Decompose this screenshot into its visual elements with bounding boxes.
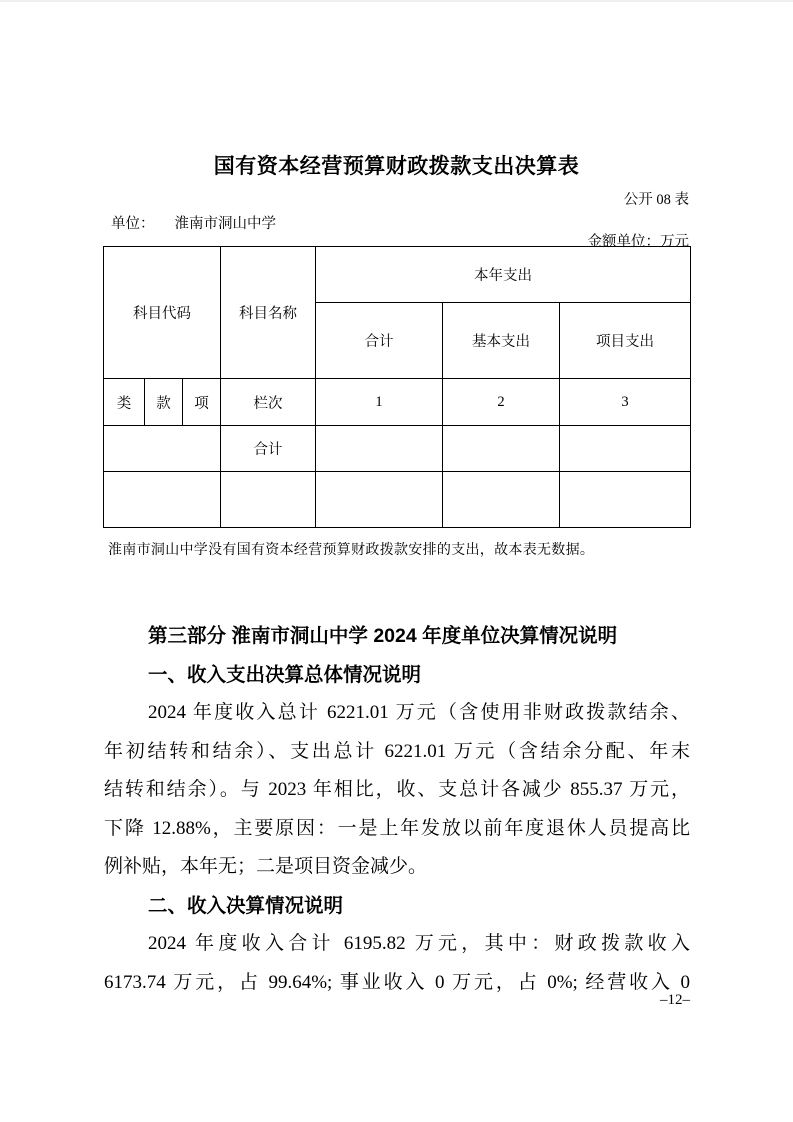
table-row: 合计	[104, 426, 691, 472]
stub-section: 款	[145, 379, 183, 426]
section2-title: 二、收入决算情况说明	[104, 887, 690, 926]
paragraph-line: 6173.74 万元，占 99.64%; 事业收入 0 万元，占 0%; 经营收…	[104, 964, 690, 1003]
paragraph-line: 例补贴，本年无；二是项目资金减少。	[104, 848, 690, 887]
cell-code-empty	[104, 426, 221, 472]
budget-table-wrap: 科目代码 科目名称 本年支出 合计 基本支出 项目支出 类 款 项 栏次 1 2…	[103, 246, 691, 528]
cell-project-empty	[560, 472, 691, 528]
budget-table: 科目代码 科目名称 本年支出 合计 基本支出 项目支出 类 款 项 栏次 1 2…	[103, 246, 691, 528]
stub-col3: 3	[560, 379, 691, 426]
section1-title: 一、收入支出决算总体情况说明	[104, 656, 690, 695]
cell-name-total: 合计	[221, 426, 316, 472]
document-page: 国有资本经营预算财政拨款支出决算表 公开 08 表 单位：淮南市洞山中学 金额单…	[0, 0, 793, 1122]
unit-name: 淮南市洞山中学	[175, 216, 277, 232]
table-row	[104, 472, 691, 528]
part3-title: 第三部分 淮南市洞山中学 2024 年度单位决算情况说明	[104, 617, 690, 656]
header-basic-expenditure: 基本支出	[443, 303, 560, 379]
unit-label: 单位：	[111, 216, 155, 232]
cell-basic-empty	[443, 472, 560, 528]
paragraph-line: 2024 年度收入总计 6221.01 万元（含使用非财政拨款结余、	[104, 694, 690, 733]
header-current-year-expenditure: 本年支出	[316, 247, 691, 303]
narrative-section: 第三部分 淮南市洞山中学 2024 年度单位决算情况说明 一、收入支出决算总体情…	[104, 617, 690, 1002]
cell-total-empty	[316, 472, 443, 528]
cell-basic-empty	[443, 426, 560, 472]
form-number-label: 公开 08 表	[624, 188, 689, 209]
stub-column-label: 栏次	[221, 379, 316, 426]
paragraph-line: 年初结转和结余）、支出总计 6221.01 万元（含结余分配、年末	[104, 733, 690, 772]
stub-item: 项	[183, 379, 221, 426]
page-number: –12–	[660, 992, 690, 1009]
stub-col1: 1	[316, 379, 443, 426]
header-subject-name: 科目名称	[221, 247, 316, 379]
stub-class: 类	[104, 379, 145, 426]
unit-line: 单位：淮南市洞山中学	[111, 212, 276, 233]
cell-code-empty	[104, 472, 221, 528]
document-title: 国有资本经营预算财政拨款支出决算表	[0, 150, 793, 180]
page-top-edge	[0, 0, 793, 2]
cell-project-empty	[560, 426, 691, 472]
paragraph-line: 2024 年度收入合计 6195.82 万元，其中：财政拨款收入	[104, 925, 690, 964]
stub-col2: 2	[443, 379, 560, 426]
paragraph-line: 结转和结余）。与 2023 年相比，收、支总计各减少 855.37 万元，	[104, 771, 690, 810]
cell-name-empty	[221, 472, 316, 528]
header-project-expenditure: 项目支出	[560, 303, 691, 379]
table-note: 淮南市洞山中学没有国有资本经营预算财政拨款安排的支出，故本表无数据。	[108, 539, 594, 559]
header-total: 合计	[316, 303, 443, 379]
header-subject-code: 科目代码	[104, 247, 221, 379]
paragraph-line: 下降 12.88%，主要原因：一是上年发放以前年度退休人员提高比	[104, 810, 690, 849]
cell-total-empty	[316, 426, 443, 472]
